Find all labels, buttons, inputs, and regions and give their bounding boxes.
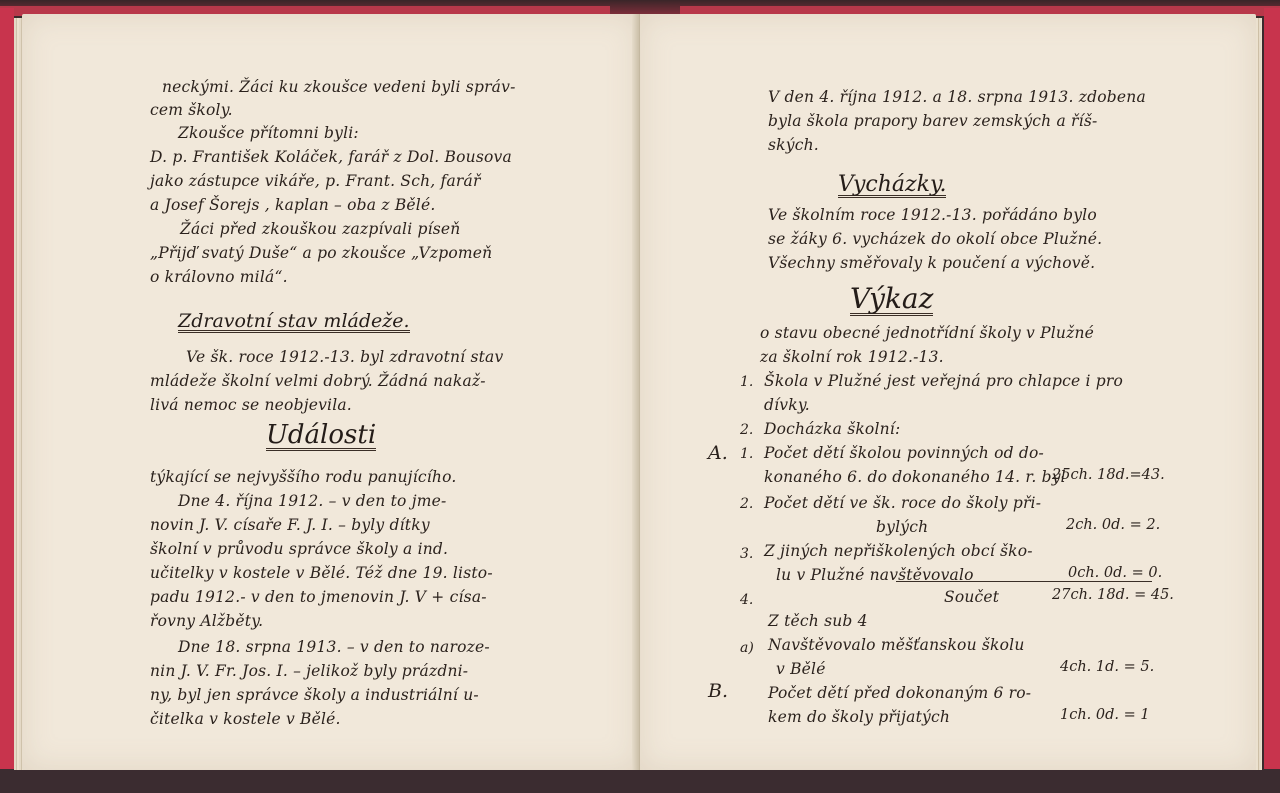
text-line: Ve školním roce 1912.-13. pořádáno bylo [768,204,1097,226]
text-line: o královno milá“. [150,266,288,288]
count-value: 1ch. 0d. = 1 [1060,707,1150,723]
section-heading-trips: Vycházky. [838,172,946,198]
text-line: Počet dětí před dokonaným 6 ro- [768,682,1031,704]
section-heading-health: Zdravotní stav mládeže. [178,310,410,333]
sum-rule [896,581,1152,582]
section-letter: B. [708,680,728,702]
text-line: v Bělé [776,658,826,680]
text-line: Ve šk. roce 1912.-13. byl zdravotní stav [186,346,503,368]
text-line: ských. [768,134,819,156]
text-line: Z těch sub 4 [768,610,868,632]
count-value: 0ch. 0d. = 0. [1068,565,1162,581]
text-line: jako zástupce vikáře, p. Frant. Sch, far… [150,170,481,192]
section-letter: A. [708,442,728,464]
item-number: a) [740,640,754,656]
cover-right-edge [1264,8,1280,778]
text-line: Žáci před zkouškou zazpívali píseň [180,218,460,240]
text-line: „Přijď svatý Duše“ a po zkoušce „Vzpomeň [150,242,492,264]
heading-text: Vycházky. [838,172,946,197]
text-line: Dne 4. října 1912. – v den to jme- [178,490,446,512]
item-number: 1. [740,446,753,462]
book-cover-bottom [0,769,1280,793]
heading-text: Události [266,420,376,450]
text-line: za školní rok 1912.-13. [760,346,944,368]
text-line: a Josef Šorejs , kaplan – oba z Bělé. [150,194,435,216]
text-line: o stavu obecné jednotřídní školy v Plužn… [760,322,1094,344]
text-line: D. p. František Koláček, farář z Dol. Bo… [150,146,512,168]
item-number: 2. [740,422,753,438]
text-line: livá nemoc se neobjevila. [150,394,352,416]
cover-left-edge [0,8,14,778]
text-line: řovny Alžběty. [150,610,263,632]
text-line: konaného 6. do dokonaného 14. r. byl [764,466,1066,488]
text-line: padu 1912.- v den to jmenovin J. V + cís… [150,586,487,608]
text-line: byla škola prapory barev zemských a říš- [768,110,1097,132]
text-line: Navštěvovalo měšťanskou školu [768,634,1025,656]
text-line: čitelka v kostele v Bělé. [150,708,341,730]
count-value: 4ch. 1d. = 5. [1060,659,1154,675]
text-line: nin J. V. Fr. Jos. I. – jelikož byly prá… [150,660,468,682]
count-value: 25ch. 18d.=43. [1052,467,1165,483]
heading-text: Výkaz [850,282,933,315]
count-value: 27ch. 18d. = 45. [1052,587,1174,603]
text-line: Zkoušce přítomni byli: [178,122,359,144]
count-value: 2ch. 0d. = 2. [1066,517,1160,533]
item-number: 1. [740,374,753,390]
section-heading-report: Výkaz [850,282,933,316]
text-line: kem do školy přijatých [768,706,950,728]
heading-text: Zdravotní stav mládeže. [178,310,410,332]
text-line: dívky. [764,394,810,416]
text-line: mládeže školní velmi dobrý. Žádná nakaž- [150,370,486,392]
text-line: Docházka školní: [764,418,900,440]
text-line: Počet dětí ve šk. roce do školy při- [764,492,1041,514]
text-line: neckými. Žáci ku zkoušce vedeni byli spr… [162,76,516,98]
item-number: 2. [740,496,753,512]
text-line: týkající se nejvyššího rodu panujícího. [150,466,456,488]
text-line: ny, byl jen správce školy a industriální… [150,684,479,706]
text-line: lu v Plužné navštěvovalo [776,564,974,586]
text-line: Z jiných nepřiškolených obcí ško- [764,540,1033,562]
text-line: Škola v Plužné jest veřejná pro chlapce … [764,370,1123,392]
text-line: bylých [876,516,928,538]
text-line: školní v průvodu správce školy a ind. [150,538,448,560]
text-line: cem školy. [150,99,233,121]
section-heading-events: Události [266,420,376,451]
text-line: Dne 18. srpna 1913. – v den to naroze- [178,636,490,658]
text-line: se žáky 6. vycházek do okolí obce Plužné… [768,228,1102,250]
text-line: novin J. V. císaře F. J. I. – byly dítky [150,514,430,536]
item-number: 3. [740,546,753,562]
text-line: Počet dětí školou povinných od do- [764,442,1044,464]
item-number: 4. [740,592,753,608]
text-line: V den 4. října 1912. a 18. srpna 1913. z… [768,86,1146,108]
sum-label: Součet [944,586,999,608]
text-line: učitelky v kostele v Bělé. Též dne 19. l… [150,562,493,584]
text-line: Všechny směřovaly k poučení a výchově. [768,252,1095,274]
